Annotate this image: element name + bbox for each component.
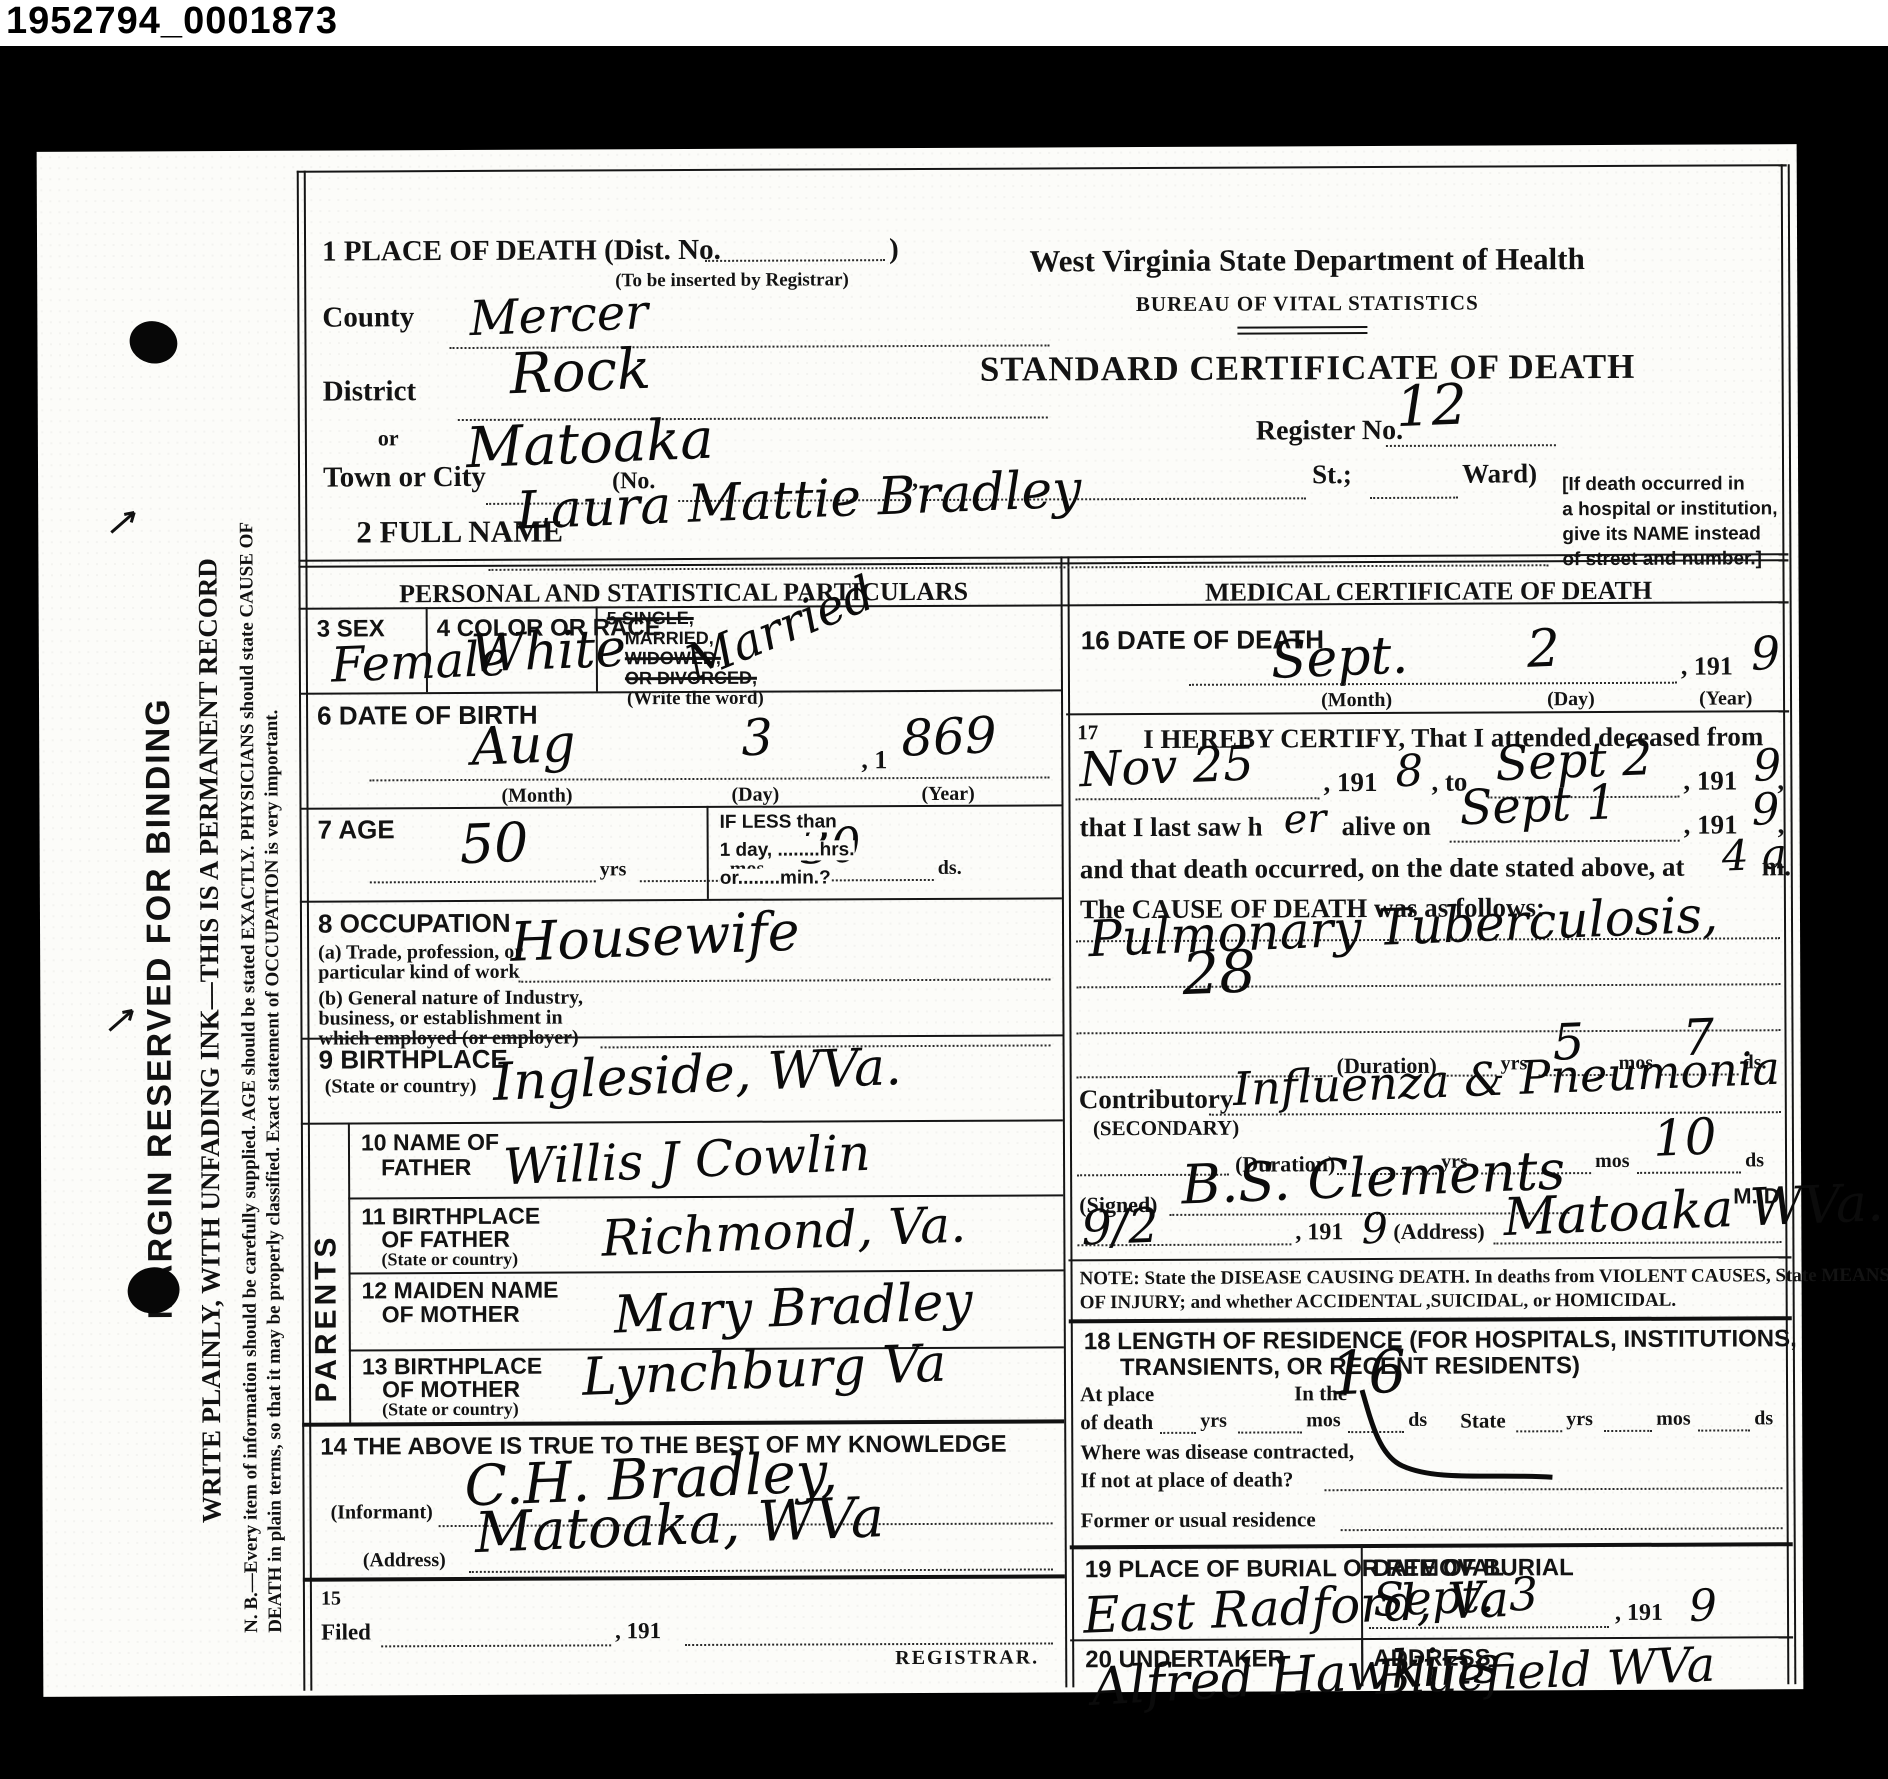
- street-label: St.;: [1312, 460, 1352, 489]
- signed-year-prefix: , 191: [1295, 1220, 1343, 1245]
- pen-mark-icon: [106, 1001, 140, 1035]
- district-value: Rock: [508, 337, 652, 407]
- column-divider: [1060, 556, 1074, 1687]
- dotted-line: [1370, 496, 1458, 499]
- note-line1: NOTE: State the DISEASE CAUSING DEATH. I…: [1080, 1266, 1888, 1289]
- town-value: Matoaka: [465, 407, 715, 482]
- ds-caption: ds.: [938, 858, 962, 879]
- certify-number: 17: [1077, 721, 1098, 743]
- signed-year-value: 9: [1360, 1204, 1389, 1254]
- pen-flourish-icon: [1342, 1385, 1562, 1496]
- dotted-line: [1637, 1170, 1741, 1173]
- dotted-line: [1076, 1028, 1780, 1034]
- mother-name-label1: 12 MAIDEN NAME: [362, 1278, 559, 1303]
- informant-caption: (Informant): [331, 1502, 433, 1523]
- dotted-line: [1077, 1242, 1291, 1246]
- dotted-line: [1493, 1240, 1781, 1244]
- row-rule: [1068, 1256, 1791, 1261]
- death-m-label: m.: [1762, 852, 1791, 880]
- bureau-subtitle: BUREAU OF VITAL STATISTICS: [867, 290, 1747, 316]
- mother-birthplace-label2: OF MOTHER: [382, 1377, 520, 1402]
- parents-vertical-label: PARENTS: [309, 1233, 344, 1402]
- dob-day-value: 3: [740, 708, 774, 767]
- dotted-line: [1698, 1428, 1750, 1431]
- of-death-label: of death: [1080, 1411, 1153, 1433]
- dotted-line: [1369, 1625, 1609, 1629]
- last-saw-date-value: Sept 1: [1458, 774, 1617, 836]
- res-mos2: mos: [1656, 1409, 1691, 1430]
- dotted-line: [1450, 839, 1680, 843]
- mother-name-label2: OF MOTHER: [382, 1302, 520, 1327]
- father-birthplace-value: Richmond, Va.: [600, 1195, 967, 1267]
- ifless-line3: or........min.?: [720, 868, 831, 888]
- hospital-note-line3: give its NAME instead: [1562, 524, 1761, 545]
- contracted-label-line1: Where was disease contracted,: [1080, 1440, 1354, 1463]
- dotted-line: [370, 879, 596, 883]
- cell-divider: [706, 806, 708, 899]
- dod-month-caption: (Month): [1321, 690, 1392, 711]
- dotted-line: [1341, 1526, 1783, 1531]
- death-occurred-text: and that death occurred, on the date sta…: [1080, 853, 1685, 884]
- dod-day-caption: (Day): [1547, 689, 1595, 710]
- cell-divider: [426, 607, 428, 692]
- note-line2: OF INJURY; and whether ACCIDENTAL ,SUICI…: [1080, 1291, 1677, 1314]
- dotted-line: [705, 258, 885, 262]
- attended-from-value: Nov 25: [1078, 736, 1254, 799]
- dotted-line: [469, 1567, 1053, 1573]
- from-year-prefix: , 191: [1323, 768, 1377, 797]
- dob-year-value: 869: [900, 706, 998, 768]
- marital-single-label: 5 SINGLE,: [607, 609, 694, 628]
- or-label: or: [378, 426, 399, 449]
- yrs-caption: yrs: [600, 859, 627, 880]
- register-no-value: 12: [1395, 372, 1469, 440]
- dotted-line: [369, 775, 1049, 781]
- father-birthplace-label1: 11 BIRTHPLACE: [361, 1204, 540, 1229]
- register-no-label: Register No.: [1256, 416, 1403, 446]
- pen-mark-icon: [108, 503, 142, 537]
- form-top-rule: [297, 164, 1787, 173]
- to-year-prefix: , 191: [1683, 766, 1737, 795]
- margin-binding-text: MARGIN RESERVED FOR BINDING: [139, 697, 181, 1319]
- mother-birthplace-caption: (State or country): [382, 1400, 519, 1419]
- contributory-value: Influenza & Pneumonia: [1232, 1041, 1781, 1116]
- margin-nb-text-2: DEATH in plain terms, so that it may be …: [261, 710, 287, 1633]
- section-rule: [302, 1419, 1064, 1426]
- row-rule: [1066, 710, 1789, 715]
- father-birthplace-caption: (State or country): [381, 1250, 518, 1269]
- dob-year-prefix: , 1: [861, 746, 887, 773]
- scanned-death-certificate-page: { "scan_label": "1952794_0001873", "mg":…: [0, 0, 1888, 1779]
- address-caption: (Address): [363, 1550, 446, 1571]
- burial-year-value: 9: [1688, 1580, 1718, 1632]
- dod-year-caption: (Year): [1699, 688, 1752, 709]
- header-divider-line: [1237, 326, 1367, 335]
- form-left-border: [297, 171, 313, 1691]
- certificate-paper: MARGIN RESERVED FOR BINDING WRITE PLAINL…: [37, 144, 1804, 1697]
- scanner-header-strip: 1952794_0001873: [0, 0, 1888, 46]
- item-15-label: 15: [321, 1589, 341, 1610]
- res-yrs1: yrs: [1200, 1411, 1227, 1432]
- duration2-value: 10: [1652, 1107, 1718, 1167]
- day-caption: (Day): [731, 785, 779, 806]
- dotted-line: [1238, 1430, 1302, 1433]
- punch-hole-icon: [125, 316, 182, 368]
- date-of-death-year: 9: [1750, 626, 1781, 681]
- residence-label-line1: 18 LENGTH OF RESIDENCE (FOR HOSPITALS, I…: [1084, 1326, 1797, 1354]
- dotted-line: [1386, 443, 1556, 447]
- last-saw-text1: that I last saw h: [1080, 813, 1263, 842]
- occupation-value: Housewife: [509, 899, 801, 973]
- signed-address-caption: (Address): [1393, 1220, 1484, 1243]
- duration2-mos: mos: [1595, 1151, 1630, 1172]
- res-yrs2: yrs: [1566, 1409, 1593, 1430]
- certificate-title: STANDARD CERTIFICATE OF DEATH: [868, 348, 1748, 389]
- former-residence-label: Former or usual residence: [1081, 1508, 1316, 1531]
- from-year-value: 8: [1394, 745, 1424, 797]
- dotted-line: [1189, 681, 1677, 686]
- burial-date-value: Sept. 3: [1372, 1566, 1539, 1626]
- occupation-label: 8 OCCUPATION: [318, 910, 511, 938]
- dob-month-value: Aug: [470, 714, 577, 778]
- signed-date-value: 9/2: [1080, 1198, 1159, 1257]
- filed-year-prefix: , 191: [615, 1619, 661, 1643]
- race-value: White: [470, 619, 627, 685]
- county-label: County: [322, 302, 414, 333]
- cause-of-death-value2: 28: [1181, 937, 1257, 1008]
- dotted-line: [685, 1641, 1053, 1646]
- margin-nb-text-1: N. B.—Every item of information should b…: [236, 522, 263, 1633]
- at-place-label: At place: [1080, 1383, 1154, 1405]
- date-of-death-day: 2: [1526, 619, 1561, 680]
- res-ds2: ds: [1754, 1408, 1773, 1429]
- dotted-line: [640, 879, 726, 882]
- filed-label: Filed: [321, 1620, 371, 1644]
- cell-divider: [596, 606, 598, 691]
- hospital-note-line2: a hospital or institution,: [1562, 499, 1777, 520]
- duration2-ds: ds: [1745, 1150, 1764, 1171]
- hospital-note-line1: [If death occurred in: [1562, 474, 1745, 495]
- mother-birthplace-value: Lynchburg Va: [581, 1334, 947, 1408]
- burial-year-prefix: , 191: [1615, 1601, 1663, 1626]
- place-of-death-label: 1 PLACE OF DEATH (Dist. No.: [322, 235, 721, 267]
- department-title: West Virginia State Department of Health: [867, 242, 1747, 278]
- dotted-line: [381, 1643, 611, 1647]
- month-caption: (Month): [501, 786, 572, 807]
- last-saw-text2: alive on: [1342, 812, 1431, 841]
- row-rule: [300, 897, 1062, 902]
- form-right-border: [1781, 164, 1797, 1684]
- last-saw-year-value: 9: [1751, 784, 1781, 836]
- birthplace-label: 9 BIRTHPLACE: [319, 1046, 508, 1074]
- dod-year-prefix: , 191: [1681, 652, 1733, 680]
- dotted-line: [1160, 1431, 1196, 1434]
- hospital-note-line4: of street and number.]: [1562, 549, 1762, 570]
- occupation-a-line2: particular kind of work: [318, 962, 519, 984]
- personal-section-title: PERSONAL AND STATISTICAL PARTICULARS: [379, 578, 989, 608]
- last-saw-her: er: [1283, 795, 1328, 843]
- dotted-line: [518, 977, 1050, 982]
- father-name-value: Willis J Cowlin: [502, 1124, 871, 1196]
- section-rule: [1070, 1542, 1793, 1549]
- res-mos1: mos: [1306, 1410, 1341, 1431]
- section-rule: [303, 1574, 1065, 1581]
- ifless-line2: 1 day, ........hrs.: [720, 840, 855, 861]
- contracted-label-line2: If not at place of death?: [1080, 1468, 1293, 1491]
- row-rule: [301, 1119, 1063, 1124]
- age-label: 7 AGE: [318, 816, 395, 844]
- ifless-line1: IF LESS than: [720, 812, 837, 832]
- age-years-value: 50: [458, 811, 529, 877]
- birthplace-caption: (State or country): [325, 1076, 477, 1098]
- ward-label: Ward): [1462, 459, 1537, 488]
- registrar-label: REGISTRAR.: [895, 1647, 1039, 1669]
- contributory-label: Contributory: [1079, 1085, 1234, 1114]
- undertaker-address-value: Bluefield WVa: [1374, 1637, 1716, 1706]
- father-birthplace-label2: OF FATHER: [381, 1227, 510, 1252]
- father-name-label1: 10 NAME OF: [361, 1130, 499, 1155]
- town-label: Town or City: [323, 462, 486, 493]
- district-label: District: [323, 376, 417, 407]
- margin-plainly-text: WRITE PLAINLY, WITH UNFADING INK—THIS IS…: [192, 558, 227, 1523]
- father-name-label2: FATHER: [381, 1155, 471, 1180]
- secondary-caption: (SECONDARY): [1093, 1117, 1239, 1140]
- scan-id-label: 1952794_0001873: [6, 0, 338, 43]
- dotted-line: [1604, 1429, 1652, 1432]
- section-rule: [1069, 1316, 1792, 1323]
- row-rule: [300, 804, 1062, 809]
- year-caption: (Year): [921, 784, 974, 805]
- registrar-insert-note: (To be inserted by Registrar): [615, 270, 849, 291]
